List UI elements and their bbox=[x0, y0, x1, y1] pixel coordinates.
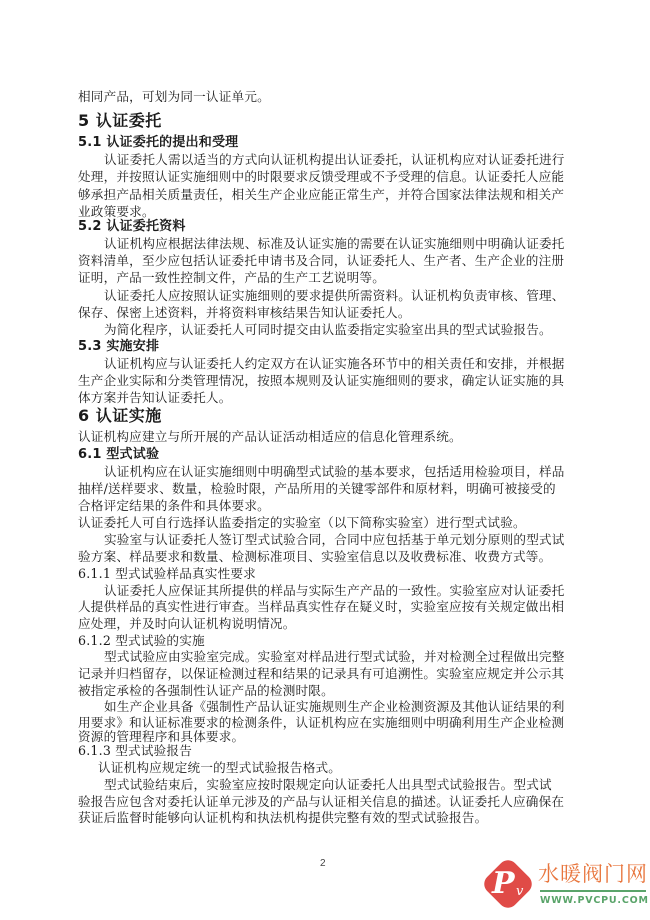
subsection-heading-6-1: 6.1 型式试验 bbox=[78, 447, 598, 463]
body-line: 证明，产品一致性控制文件，产品的生产工艺说明等。 bbox=[78, 270, 598, 286]
body-line: 处理，并按照认证实施细则中的时限要求反馈受理或不予受理的信息。认证委托人应能 bbox=[78, 169, 598, 185]
document-page: 相同产品，可划为同一认证单元。 5 认证委托 5.1 认证委托的提出和受理 认证… bbox=[0, 0, 650, 920]
subsection-heading-5-2: 5.2 认证委托资料 bbox=[78, 219, 598, 235]
body-line: 生产企业实际和分类管理情况，按照本规则及认证实施细则的要求，确定认证实施的具 bbox=[78, 373, 598, 389]
watermark: P v 水暖阀门网 WWW.PVCPU.COM bbox=[478, 858, 650, 914]
subsection-heading-5-3: 5.3 实施安排 bbox=[78, 339, 598, 355]
body-line: 验方案、样品要求和数量、检测标准项目、实验室信息以及收费标准、收费方式等。 bbox=[78, 549, 598, 565]
body-line: 实验室与认证委托人签订型式试验合同，合同中应包括基于单元划分原则的型式试 bbox=[104, 532, 598, 548]
body-line: 够承担产品相关质量责任，相关生产企业应能正常生产，并符合国家法律法规和相关产 bbox=[78, 187, 598, 203]
divider bbox=[540, 890, 646, 892]
body-line: 认证机构应在认证实施细则中明确型式试验的基本要求，包括适用检验项目，样品 bbox=[104, 464, 598, 480]
body-line: 被指定承检的各强制性认证产品的检测时限。 bbox=[78, 683, 598, 699]
page-number: 2 bbox=[320, 858, 326, 869]
section-heading-5: 5 认证委托 bbox=[78, 111, 598, 131]
clause-heading-6-1-1: 6.1.1 型式试验样品真实性要求 bbox=[78, 566, 598, 582]
clause-heading-6-1-3: 6.1.3 型式试验报告 bbox=[78, 743, 598, 759]
site-url: WWW.PVCPU.COM bbox=[540, 895, 649, 906]
body-line: 保存、保密上述资料，并将资料审核结果告知认证委托人。 bbox=[78, 305, 598, 321]
body-line: 认证机构应与认证委托人约定双方在认证实施各环节中的相关责任和安排，并根据 bbox=[104, 356, 598, 372]
subsection-heading-5-1: 5.1 认证委托的提出和受理 bbox=[78, 135, 598, 151]
body-line: 验报告应包含对委托认证单元涉及的产品与认证相关信息的描述。认证委托人应确保在 bbox=[78, 794, 598, 810]
body-line: 认证委托人应保证其所提供的样品与实际生产产品的一致性。实验室应对认证委托 bbox=[104, 583, 598, 599]
clause-heading-6-1-2: 6.1.2 型式试验的实施 bbox=[78, 633, 598, 649]
section-heading-6: 6 认证实施 bbox=[78, 406, 598, 426]
logo-subletter: v bbox=[516, 884, 523, 899]
body-line: 认证机构应根据法律法规、标准及认证实施的需要在认证实施细则中明确认证委托 bbox=[104, 236, 598, 252]
body-line: 如生产企业具备《强制性产品认证实施规则生产企业检测资源及其他认证结果的利 bbox=[104, 699, 598, 715]
body-line: 资料清单，至少应包括认证委托申请书及合同，认证委托人、生产者、生产企业的注册 bbox=[78, 253, 598, 269]
body-line: 记录并归档留存，以保证检测过程和结果的记录具有可追溯性。实验室应规定并公示其 bbox=[78, 666, 598, 682]
body-line: 认证委托人应按照认证实施细则的要求提供所需资料。认证机构负责审核、管理、 bbox=[104, 288, 598, 304]
site-name: 水暖阀门网 bbox=[538, 862, 648, 886]
body-line: 合格评定结果的条件和具体要求。 bbox=[78, 498, 598, 514]
body-line: 型式试验应由实验室完成。实验室对样品进行型式试验，并对检测全过程做出完整 bbox=[104, 649, 598, 665]
body-line: 认证机构应建立与所开展的产品认证活动相适应的信息化管理系统。 bbox=[78, 429, 598, 445]
body-line: 为简化程序，认证委托人可同时提交由认监委指定实验室出具的型式试验报告。 bbox=[104, 322, 598, 338]
body-line: 抽样/送样要求、数量，检验时限，产品所用的关键零部件和原材料，明确可被接受的 bbox=[78, 481, 598, 497]
body-line: 认证委托人需以适当的方式向认证机构提出认证委托，认证机构应对认证委托进行 bbox=[104, 152, 598, 168]
body-line: 体方案并告知认证委托人。 bbox=[78, 390, 598, 406]
body-line: 人提供样品的真实性进行审查。当样品真实性存在疑义时，实验室应按有关规定做出相 bbox=[78, 599, 598, 615]
body-line: 相同产品，可划为同一认证单元。 bbox=[78, 89, 598, 105]
body-line: 认证机构应规定统一的型式试验报告格式。 bbox=[98, 760, 618, 776]
body-line: 应处理，并及时向认证机构说明情况。 bbox=[78, 616, 598, 632]
body-line: 获证后监督时能够向认证机构和执法机构提供完整有效的型式试验报告。 bbox=[78, 810, 598, 826]
body-line: 认证委托人可自行选择认监委指定的实验室（以下简称实验室）进行型式试验。 bbox=[78, 515, 598, 531]
logo-letter: P bbox=[492, 864, 532, 904]
body-line: 业政策要求。 bbox=[78, 204, 598, 220]
body-line: 型式试验结束后，实验室应按时限规定向认证委托人出具型式试验报告。型式试 bbox=[104, 777, 598, 793]
